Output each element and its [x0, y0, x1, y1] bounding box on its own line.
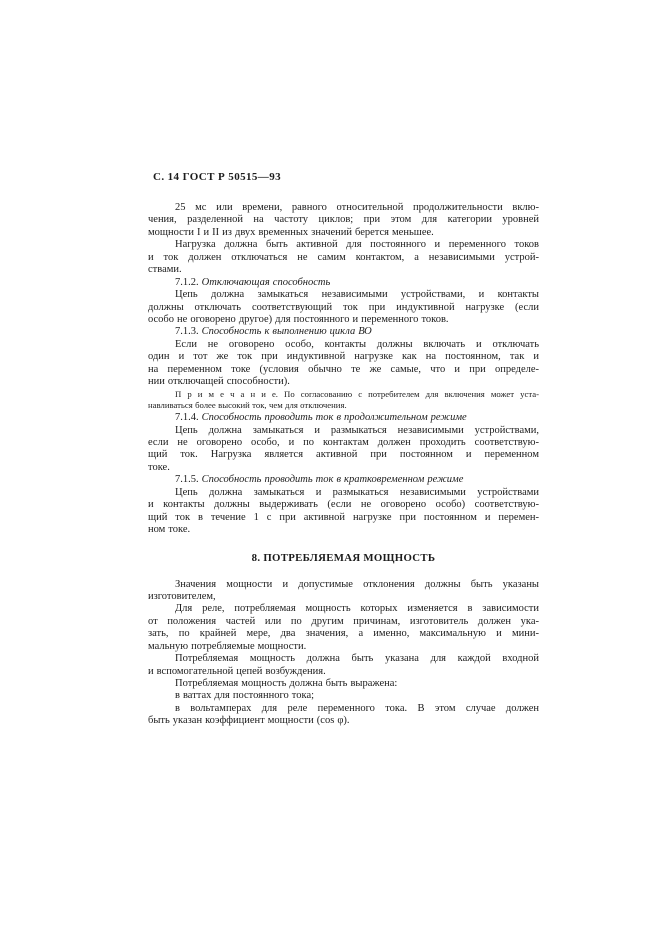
text-line: Потребляемая мощность должна быть выраже…	[148, 678, 539, 690]
note-line: П р и м е ч а н и е. По согласованию с п…	[148, 389, 539, 401]
text-line: зать, по крайней мере, два значения, а и…	[148, 628, 539, 640]
text-line: нии отключащей способности).	[148, 376, 539, 388]
clause-title: Отключающая способность	[202, 277, 331, 288]
clause-title: Способность проводить ток в кратковремен…	[202, 474, 464, 485]
text-line: Если не оговорено особо, контакты должны…	[148, 339, 539, 351]
text-line: чения, разделенной на частоту циклов; пр…	[148, 214, 539, 226]
text-line: Значения мощности и допустимые отклонени…	[148, 579, 539, 591]
text-line: Цепь должна замыкаться и размыкаться нез…	[148, 487, 539, 499]
text-line: щий ток в течение 1 с при активной нагру…	[148, 512, 539, 524]
clause-title: Способность проводить ток в продолжитель…	[202, 412, 467, 423]
text-line: особо не оговорено другое) для постоянно…	[148, 314, 539, 326]
clause-title: Способность к выполнению цикла ВО	[202, 326, 372, 337]
text-line: должны отключать соответствующий ток при…	[148, 302, 539, 314]
text-line: мощности I и II из двух временных значен…	[148, 227, 539, 239]
clause-number: 7.1.3.	[175, 326, 202, 337]
text-line: и вспомогательной цепей возбуждения.	[148, 666, 539, 678]
clause-heading: 7.1.5. Способность проводить ток в кратк…	[148, 474, 539, 486]
text-line: Цепь должна замыкаться и размыкаться нез…	[148, 425, 539, 437]
text-line: и ток должен отключаться не самим контак…	[148, 252, 539, 264]
note-line: навливаться более высокий ток, чем для о…	[148, 400, 539, 412]
clause-heading: 7.1.3. Способность к выполнению цикла ВО	[148, 326, 539, 338]
document-page: С. 14 ГОСТ Р 50515—93 25 мс или времени,…	[0, 0, 661, 935]
text-line: токе.	[148, 462, 539, 474]
text-line: если не оговорено особо, и по контактам …	[148, 437, 539, 449]
clause-number: 7.1.5.	[175, 474, 202, 485]
text-line: Потребляемая мощность должна быть указан…	[148, 653, 539, 665]
text-line: и контакты должны выдерживать (если не о…	[148, 499, 539, 511]
text-line: Для реле, потребляемая мощность которых …	[148, 603, 539, 615]
section-heading: 8. ПОТРЕБЛЯЕМАЯ МОЩНОСТЬ	[148, 552, 539, 565]
clause-heading: 7.1.4. Способность проводить ток в продо…	[148, 412, 539, 424]
text-line: изготовителем,	[148, 591, 539, 603]
text-line: в вольтамперах для реле переменного тока…	[148, 703, 539, 715]
text-line: ном токе.	[148, 524, 539, 536]
text-line: щий ток. Нагрузка является активной при …	[148, 449, 539, 461]
text-line: 25 мс или времени, равного относительной…	[148, 202, 539, 214]
document-body: 25 мс или времени, равного относительной…	[148, 202, 539, 728]
page-header: С. 14 ГОСТ Р 50515—93	[153, 171, 281, 183]
text-line: от положения частей или по другим причин…	[148, 616, 539, 628]
clause-heading: 7.1.2. Отключающая способность	[148, 277, 539, 289]
text-line: на переменном токе (условия обычно те же…	[148, 364, 539, 376]
text-line: быть указан коэффициент мощности (cos φ)…	[148, 715, 539, 727]
text-line: ствами.	[148, 264, 539, 276]
text-line: в ваттах для постоянного тока;	[148, 690, 539, 702]
text-line: мальную потребляемые мощности.	[148, 641, 539, 653]
text-line: Нагрузка должна быть активной для постоя…	[148, 239, 539, 251]
clause-number: 7.1.2.	[175, 277, 202, 288]
clause-number: 7.1.4.	[175, 412, 202, 423]
text-line: Цепь должна замыкаться независимыми устр…	[148, 289, 539, 301]
text-line: один и тот же ток при индуктивной нагруз…	[148, 351, 539, 363]
